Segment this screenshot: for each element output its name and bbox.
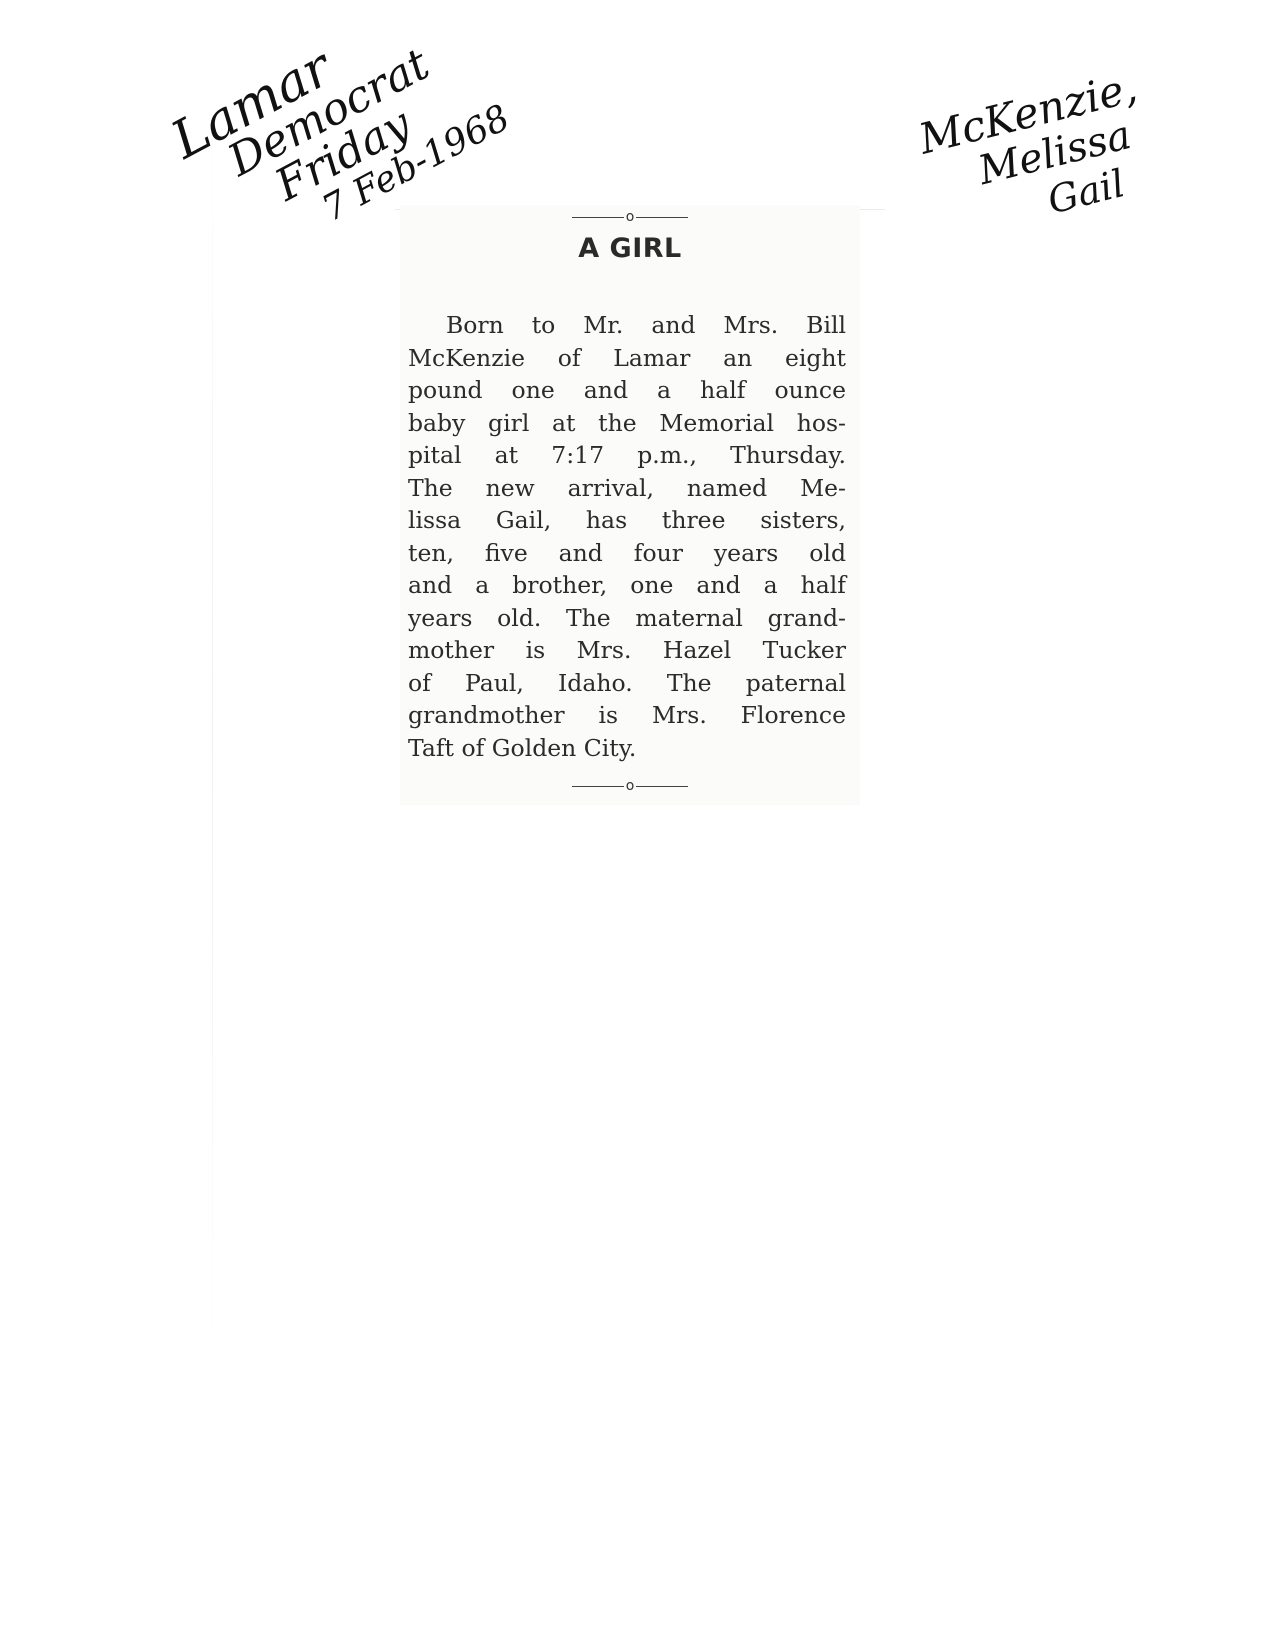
text-line: mother is Mrs. Hazel Tucker bbox=[408, 634, 846, 667]
text-line: grandmother is Mrs. Florence bbox=[408, 699, 846, 732]
rule bbox=[572, 217, 624, 218]
separator-bottom: o bbox=[400, 778, 860, 794]
text-line: lissa Gail, has three sisters, bbox=[408, 504, 846, 537]
text-line: Born to Mr. and Mrs. Bill bbox=[408, 309, 846, 342]
headline: A GIRL bbox=[400, 233, 860, 264]
text-line: pital at 7:17 p.m., Thursday. bbox=[408, 439, 846, 472]
text-line: of Paul, Idaho. The paternal bbox=[408, 667, 846, 700]
text-line: McKenzie of Lamar an eight bbox=[408, 342, 846, 375]
text-line: pound one and a half ounce bbox=[408, 374, 846, 407]
article-body: Born to Mr. and Mrs. Bill McKenzie of La… bbox=[408, 309, 846, 764]
rule bbox=[636, 217, 688, 218]
rule bbox=[636, 786, 688, 787]
newspaper-clipping: o A GIRL Born to Mr. and Mrs. Bill McKen… bbox=[400, 205, 860, 805]
rule bbox=[572, 786, 624, 787]
separator-glyph: o bbox=[626, 209, 635, 225]
text-line: ten, five and four years old bbox=[408, 537, 846, 570]
separator-top: o bbox=[400, 209, 860, 225]
text-line: years old. The maternal grand- bbox=[408, 602, 846, 635]
text-line: and a brother, one and a half bbox=[408, 569, 846, 602]
separator-glyph: o bbox=[626, 778, 635, 794]
text-line: baby girl at the Memorial hos- bbox=[408, 407, 846, 440]
scan-edge bbox=[212, 60, 213, 1400]
text-line: The new arrival, named Me- bbox=[408, 472, 846, 505]
text-line: Taft of Golden City. bbox=[408, 732, 846, 765]
